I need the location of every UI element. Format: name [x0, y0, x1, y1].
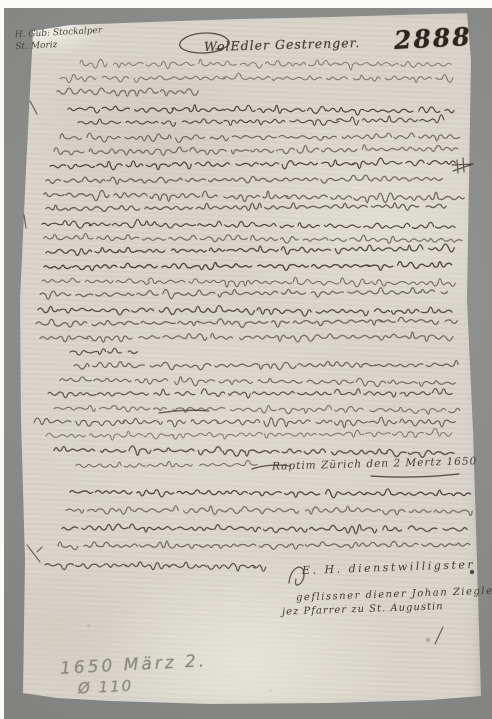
pencil-number-note: Ø 110 [78, 677, 134, 698]
archive-number: 2888 [393, 22, 472, 55]
manuscript-photo: { "archive": { "number": "2888", "corner… [0, 0, 492, 719]
corner-annotation: H. Gub: Stockalper St. Moriz [14, 25, 103, 54]
